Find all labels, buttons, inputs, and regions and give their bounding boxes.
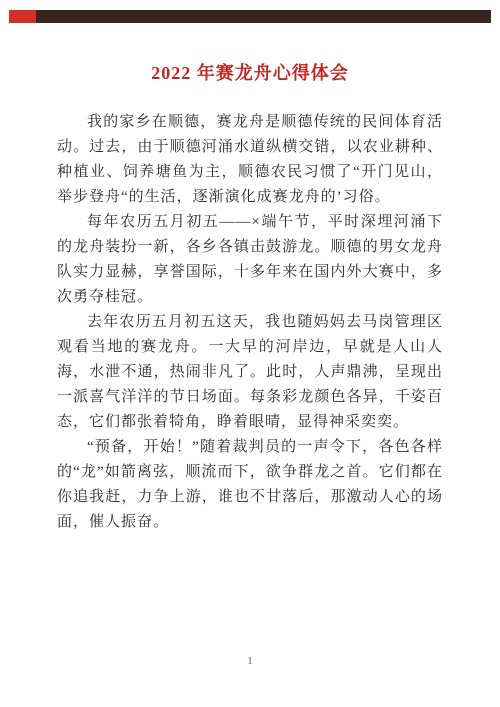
paragraph-1: 我的家乡在顺德，赛龙舟是顺德传统的民间体育活动。过去，由于顺德河涌水道纵横交错，… bbox=[57, 110, 443, 210]
paragraph-2: 每年农历五月初五——×端午节，平时深埋河涌下的龙舟装扮一新，各乡各镇击鼓游龙。顺… bbox=[57, 210, 443, 310]
document-page: 2022 年赛龙舟心得体会 我的家乡在顺德，赛龙舟是顺德传统的民间体育活动。过去… bbox=[0, 0, 500, 707]
banner-red-accent bbox=[9, 10, 36, 23]
paragraph-3: 去年农历五月初五这天，我也随妈妈去马岗管理区观看当地的赛龙舟。一大早的河岸边，早… bbox=[57, 310, 443, 435]
top-banner-bar bbox=[9, 10, 491, 23]
paragraph-4: “预备，开始！”随着裁判员的一声令下，各色各样的“龙”如箭离弦，顺流而下，欲争群… bbox=[57, 435, 443, 535]
page-title: 2022 年赛龙舟心得体会 bbox=[0, 62, 500, 84]
page-number: 1 bbox=[0, 655, 500, 667]
document-body: 我的家乡在顺德，赛龙舟是顺德传统的民间体育活动。过去，由于顺德河涌水道纵横交错，… bbox=[57, 110, 443, 535]
